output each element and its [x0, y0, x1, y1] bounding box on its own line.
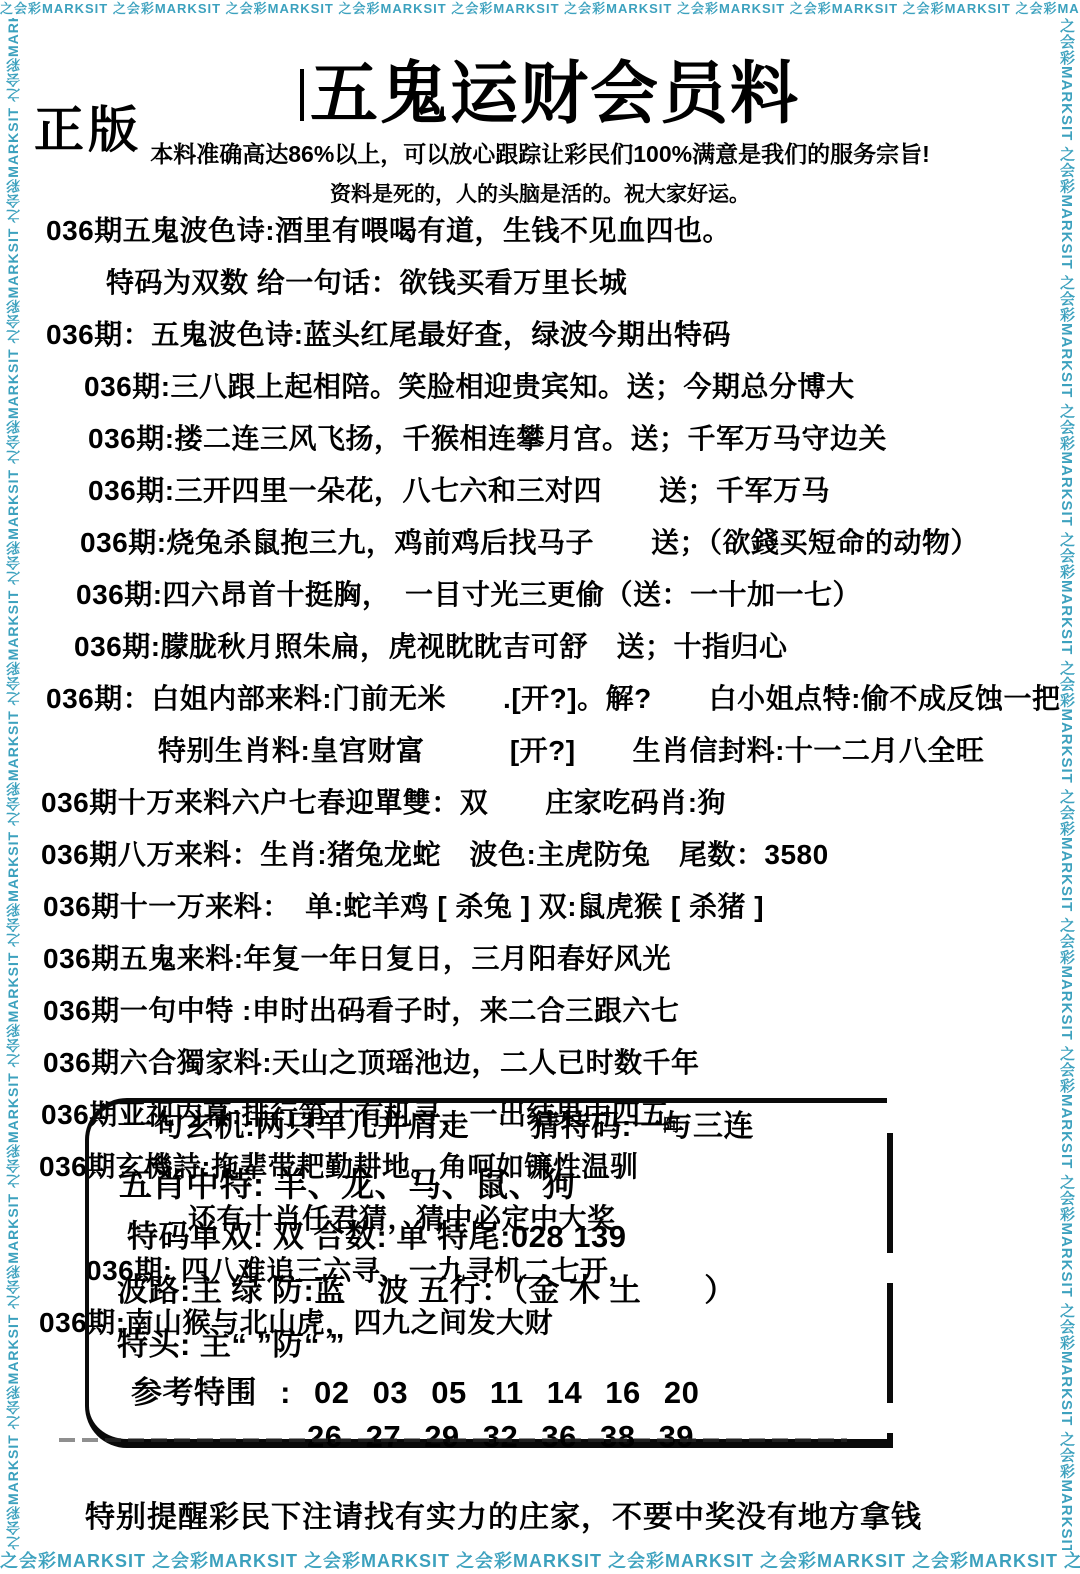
- tip-line-text: 036期:三开四里一朵花，八七六和三对四 送；千军万马: [88, 475, 830, 506]
- tip-line-text: 036期六合獨家料:天山之顶瑶池边，二人已时数千年: [43, 1047, 700, 1078]
- tip-line: 036期:烧兔杀鼠抱三九，鸡前鸡后找马子 送；（欲錢买短命的动物）: [38, 522, 1046, 574]
- title-leading-bar: [300, 69, 304, 121]
- tip-line-text: 036期:朦胧秋月照朱扁，虎视眈眈吉可舒 送；十指归心: [74, 631, 788, 662]
- border-right-pattern: 之会彩MARKSIT 之会彩MARKSIT 之会彩MARKSIT 之会彩MARK…: [1051, 18, 1079, 1550]
- tip-line: 036期：五鬼波色诗:蓝头红尾最好查，绿波今期出特码: [38, 314, 1046, 366]
- tip-line: 036期:搂二连三风飞扬，千猴相连攀月宫。送；千军万马守边关: [38, 418, 1046, 470]
- prediction-line: 特头: 主“ ”防“ ”: [117, 1323, 887, 1367]
- tip-line-text: 036期一句中特 :申时出码看子时，来二合三跟六七: [43, 995, 679, 1026]
- tip-line-text: 036期八万来料：生肖:猪兔龙蛇 波色:主虎防兔 尾数：3580: [41, 839, 829, 870]
- tip-line-text: 036期:三八跟上起相陪。笑脸相迎贵宾知。送；今期总分博大: [84, 371, 855, 402]
- tip-line-text: 036期十万来料六户七春迎單雙：双 庄家吃码肖:狗: [41, 787, 726, 818]
- tip-line-text: 特码为双数 给一句话：欲钱买看万里长城: [106, 267, 627, 298]
- tip-line-text: 036期五鬼来料:年复一年日复日，三月阳春好风光: [43, 943, 671, 974]
- tip-line: 036期:朦胧秋月照朱扁，虎视眈眈吉可舒 送；十指归心: [38, 626, 1046, 678]
- prediction-line-text: 参考特围 : 02 03 05 11 14 16 20: [131, 1375, 699, 1410]
- prediction-box: 一句玄机:两只羊儿并肩走 猜特码:一与三连 五肖中特: 羊、龙、马、鼠、狗 特码…: [85, 1098, 887, 1448]
- tip-line: 特别生肖料:皇宫财富 [开?] 生肖信封料:十一二月八全旺: [38, 730, 1046, 782]
- tip-line: 036期十一万来料： 单:蛇羊鸡 [ 杀兔 ] 双:鼠虎猴 [ 杀猪 ]: [38, 886, 1046, 938]
- prediction-line-text: 特码单双: 双 合数: 单 特尾:028 139: [127, 1219, 626, 1254]
- prediction-line: 波路:主 绿 防:蓝 波 五行：（金 木 土 ）: [117, 1269, 887, 1313]
- border-top-pattern: 之会彩MARKSIT 之会彩MARKSIT 之会彩MARKSIT 之会彩MARK…: [0, 1, 1080, 18]
- prediction-line: 五肖中特: 羊、龙、马、鼠、狗: [117, 1163, 887, 1207]
- border-bottom-pattern: 之会彩MARKSIT 之会彩MARKSIT 之会彩MARKSIT 之会彩MARK…: [0, 1550, 1080, 1574]
- motto-line: 资料是死的，人的头脑是活的。祝大家好运。: [60, 178, 1020, 208]
- tip-line-text: 036期:四六昂首十挺胸， 一目寸光三更偷（送：一十加一七）: [76, 579, 861, 610]
- tip-line-text: 036期:烧兔杀鼠抱三九，鸡前鸡后找马子 送；（欲錢买短命的动物）: [80, 527, 979, 558]
- prediction-line-text: 26 27 29 32 36 38 39: [307, 1419, 694, 1454]
- tip-line-text: 036期十一万来料： 单:蛇羊鸡 [ 杀兔 ] 双:鼠虎猴 [ 杀猪 ]: [43, 891, 764, 922]
- tip-line: 特码为双数 给一句话：欲钱买看万里长城: [38, 262, 1046, 314]
- tip-line-text: 036期：白姐内部来料:门前无米 .[开?]。解? 白小姐点特:偷不成反蚀一把: [46, 683, 1061, 714]
- scan-artifact-strip: [59, 1438, 847, 1442]
- tip-line: 036期八万来料：生肖:猪兔龙蛇 波色:主虎防兔 尾数：3580: [38, 834, 1046, 886]
- tip-line: 036期十万来料六户七春迎單雙：双 庄家吃码肖:狗: [38, 782, 1046, 834]
- tip-line: 036期:三八跟上起相陪。笑脸相迎贵宾知。送；今期总分博大: [38, 366, 1046, 418]
- page-title-text: 五鬼运财会员料: [310, 56, 800, 132]
- prediction-line: 26 27 29 32 36 38 39: [117, 1415, 887, 1459]
- tip-line: 036期:四六昂首十挺胸， 一目寸光三更偷（送：一十加一七）: [38, 574, 1046, 626]
- page-title: 五鬼运财会员料: [130, 40, 970, 137]
- prediction-box-right-border: [887, 1133, 893, 1448]
- prediction-line-text: 一句玄机:两只羊儿并肩走 猜特码:一与三连: [123, 1110, 754, 1143]
- tip-line-text: 036期:搂二连三风飞扬，千猴相连攀月宫。送；千军万马守边关: [88, 423, 887, 454]
- prediction-box-lines: 一句玄机:两只羊儿并肩走 猜特码:一与三连 五肖中特: 羊、龙、马、鼠、狗 特码…: [117, 1105, 887, 1459]
- prediction-line-text: 特头: 主“ ”防“ ”: [117, 1327, 345, 1362]
- tip-line: 036期五鬼波色诗:酒里有喂喝有道，生钱不见血四也。: [38, 210, 1046, 262]
- border-left-pattern: 之会彩MARKSIT 之会彩MARKSIT 之会彩MARKSIT 之会彩MARK…: [1, 18, 27, 1550]
- tip-line-text: 特别生肖料:皇宫财富 [开?] 生肖信封料:十一二月八全旺: [158, 735, 984, 766]
- prediction-line: 参考特围 : 02 03 05 11 14 16 20: [117, 1371, 887, 1415]
- prediction-line: 一句玄机:两只羊儿并肩走 猜特码:一与三连: [117, 1105, 887, 1149]
- tip-line-text: 036期五鬼波色诗:酒里有喂喝有道，生钱不见血四也。: [46, 215, 731, 246]
- prediction-line-text: 五肖中特: 羊、龙、马、鼠、狗: [119, 1166, 576, 1203]
- accuracy-claim: 本料准确高达86%以上，可以放心跟踪让彩民们100%满意是我们的服务宗旨!: [60, 136, 1020, 169]
- prediction-line: 特码单双: 双 合数: 单 特尾:028 139: [117, 1215, 887, 1259]
- footer-warning: 特别提醒彩民下注请找有实力的庄家，不要中奖没有地方拿钱: [85, 1492, 922, 1536]
- tip-line: 036期：白姐内部来料:门前无米 .[开?]。解? 白小姐点特:偷不成反蚀一把: [38, 678, 1046, 730]
- tip-line: 036期:三开四里一朵花，八七六和三对四 送；千军万马: [38, 470, 1046, 522]
- tip-line: 036期五鬼来料:年复一年日复日，三月阳春好风光: [38, 938, 1046, 990]
- tip-line-text: 036期：五鬼波色诗:蓝头红尾最好查，绿波今期出特码: [46, 319, 731, 350]
- prediction-line-text: 波路:主 绿 防:蓝 波 五行：（金 木 土 ）: [117, 1273, 736, 1308]
- tip-line: 036期六合獨家料:天山之顶瑶池边，二人已时数千年: [38, 1042, 1046, 1094]
- tip-line: 036期一句中特 :申时出码看子时，来二合三跟六七: [38, 990, 1046, 1042]
